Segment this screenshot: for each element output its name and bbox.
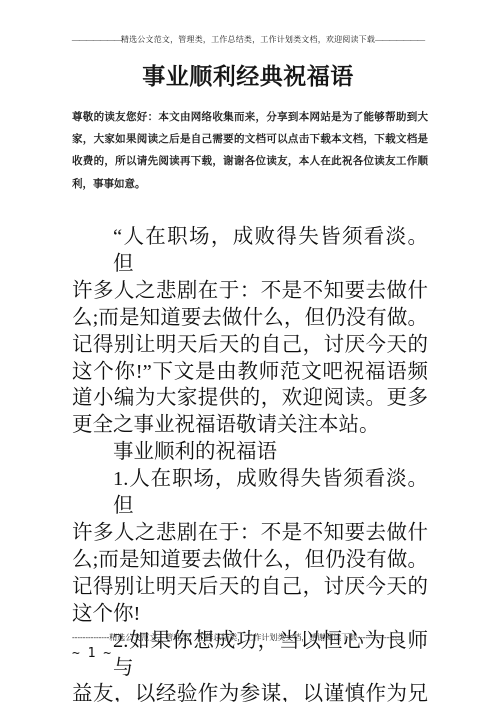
body-paragraph-item-1: 1.人在职场，成败得失皆须看淡。但 许多人之悲剧在于：不是不知要去做什 么;而是…	[72, 466, 428, 627]
body-text-line: 么;而是知道要去做什么，但仍没有做。	[72, 547, 428, 574]
intro-line: 收费的，所以请先阅读再下载，谢谢各位读友，本人在此祝各位读友工作顺	[72, 150, 428, 172]
body-text-line: “人在职场，成败得失皆须看淡。但	[72, 224, 428, 278]
body-text-line: 益友，以经验作为参谋，以谨慎作为兄	[72, 681, 428, 702]
footer-text: 精选公文范文，管理类，工作总结类，工作计划类文档，感谢阅读下载	[109, 633, 357, 642]
page-number: ~ 1 ~	[72, 646, 111, 662]
header-text: 精选公文范文，管理类，工作总结类，工作计划类文档，欢迎阅读下载	[121, 35, 375, 44]
body-text-line: 更全之事业祝福语敬请关注本站。	[72, 412, 428, 439]
footer-dash-left: --------------	[72, 633, 109, 642]
body-paragraph-subheading: 事业顺利的祝福语	[72, 439, 428, 466]
page-footer-rule: --------------精选公文范文，管理类，工作总结类，工作计划类文档，感…	[72, 632, 432, 644]
body-text-line: 1.人在职场，成败得失皆须看淡。但	[72, 466, 428, 520]
intro-line: 家，大家如果阅读之后是自己需要的文档可以点击下载本文档，下载文档是	[72, 128, 428, 150]
body-text-line: 许多人之悲剧在于：不是不知要去做什	[72, 278, 428, 305]
body-text-line: 道小编为大家提供的，欢迎阅读。更多	[72, 385, 428, 412]
header-dash-right: ———————	[375, 35, 424, 44]
document-body: “人在职场，成败得失皆须看淡。但 许多人之悲剧在于：不是不知要去做什 么;而是知…	[72, 224, 428, 702]
body-text-line: 这个你!	[72, 601, 428, 628]
page-header-rule: ———————精选公文范文，管理类，工作总结类，工作计划类文档，欢迎阅读下载——…	[0, 34, 496, 46]
intro-line: 尊敬的读友您好：本文由网络收集而来，分享到本网站是为了能够帮助到大	[72, 106, 428, 128]
body-text-line: 么;而是知道要去做什么，但仍没有做。	[72, 305, 428, 332]
intro-line: 利，事事如意。	[72, 173, 428, 195]
body-subheading-line: 事业顺利的祝福语	[72, 439, 428, 466]
footer-dash-right: ----------------	[357, 633, 400, 642]
intro-paragraph: 尊敬的读友您好：本文由网络收集而来，分享到本网站是为了能够帮助到大 家，大家如果…	[72, 106, 428, 195]
body-text-line: 记得别让明天后天的自己，讨厌今天的	[72, 332, 428, 359]
body-paragraph-quote: “人在职场，成败得失皆须看淡。但 许多人之悲剧在于：不是不知要去做什 么;而是知…	[72, 224, 428, 439]
body-text-line: 记得别让明天后天的自己，讨厌今天的	[72, 574, 428, 601]
body-text-line: 这个你!”下文是由教师范文吧祝福语频	[72, 359, 428, 386]
document-title: 事业顺利经典祝福语	[0, 57, 496, 97]
document-page: ———————精选公文范文，管理类，工作总结类，工作计划类文档，欢迎阅读下载——…	[0, 0, 496, 702]
body-text-line: 许多人之悲剧在于：不是不知要去做什	[72, 520, 428, 547]
header-dash-left: ———————	[72, 35, 121, 44]
